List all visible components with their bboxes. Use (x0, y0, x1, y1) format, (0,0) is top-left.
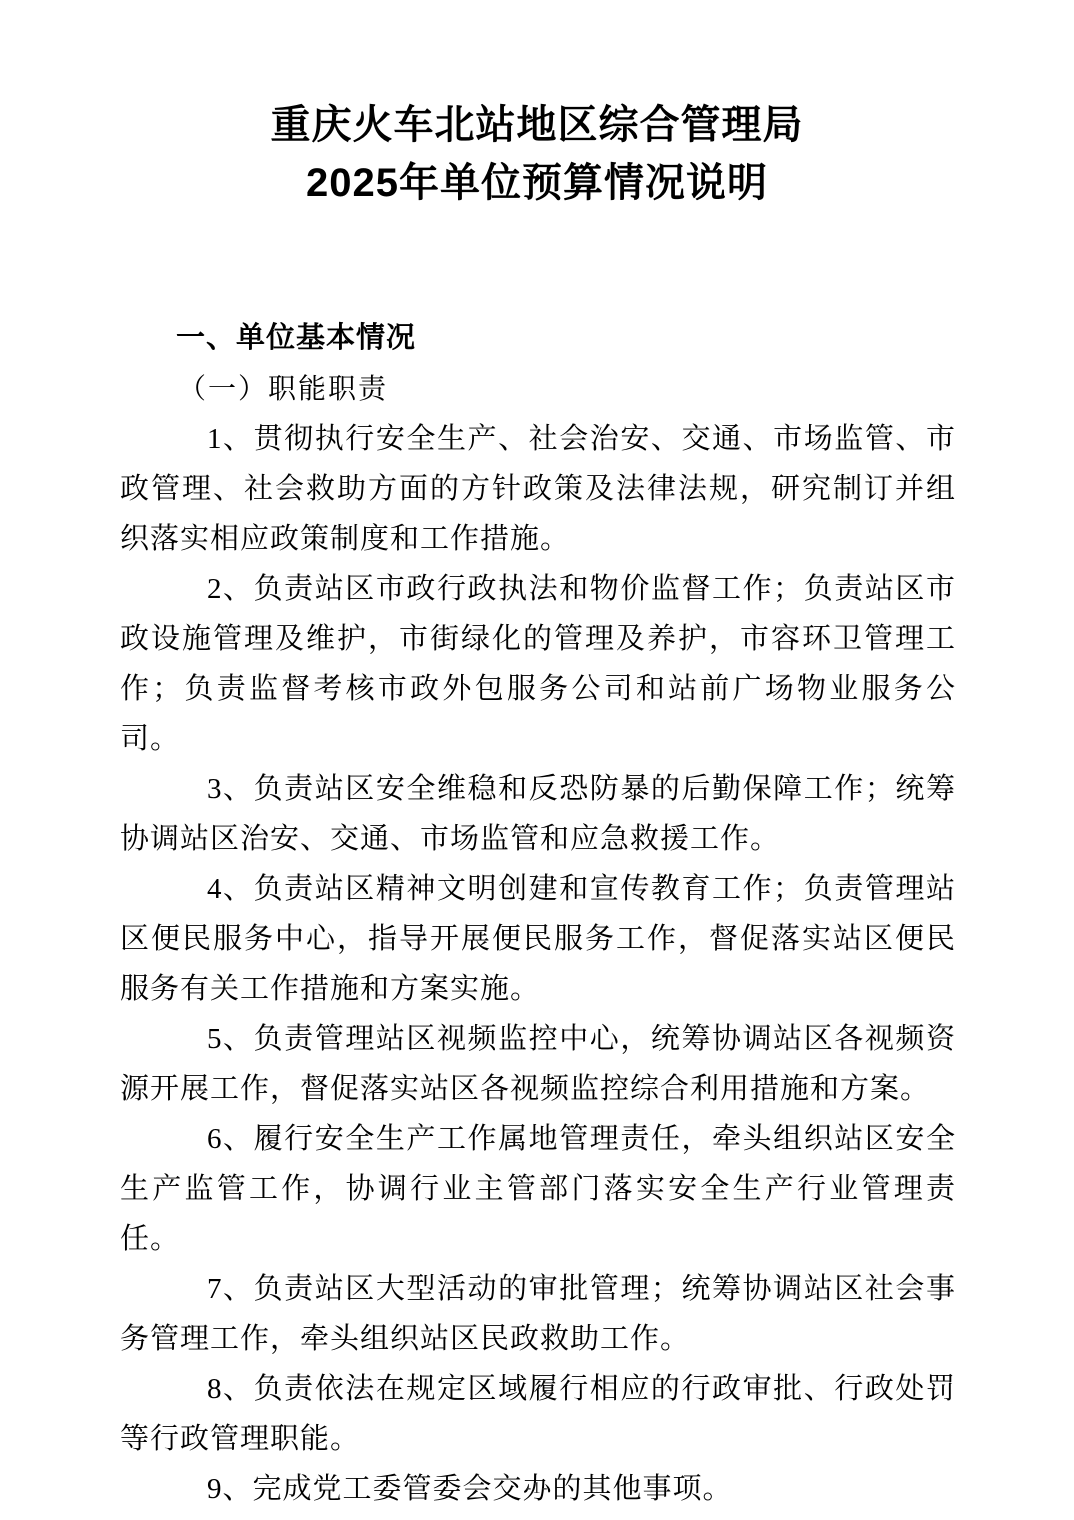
document-title-line2: 2025年单位预算情况说明 (0, 154, 1074, 212)
paragraph: 5、负责管理站区视频监控中心，统筹协调站区各视频资源开展工作，督促落实站区各视频… (120, 1014, 956, 1114)
paragraph: 1、贯彻执行安全生产、社会治安、交通、市场监管、市政管理、社会救助方面的方针政策… (120, 414, 956, 564)
subsection-heading: （一）职能职责 (120, 366, 956, 414)
paragraph: 7、负责站区大型活动的审批管理；统筹协调站区社会事务管理工作，牵头组织站区民政救… (120, 1264, 956, 1364)
paragraph: 3、负责站区安全维稳和反恐防暴的后勤保障工作；统筹协调站区治安、交通、市场监管和… (120, 764, 956, 864)
document-title-line1: 重庆火车北站地区综合管理局 (0, 96, 1074, 154)
paragraph: 8、负责依法在规定区域履行相应的行政审批、行政处罚等行政管理职能。 (120, 1364, 956, 1464)
section-heading: 一、单位基本情况 (120, 316, 956, 360)
paragraph: 6、履行安全生产工作属地管理责任，牵头组织站区安全生产监管工作，协调行业主管部门… (120, 1114, 956, 1264)
paragraph: 4、负责站区精神文明创建和宣传教育工作；负责管理站区便民服务中心，指导开展便民服… (120, 864, 956, 1014)
document-page: 重庆火车北站地区综合管理局 2025年单位预算情况说明 一、单位基本情况 （一）… (0, 0, 1074, 1520)
document-body: 一、单位基本情况 （一）职能职责 1、贯彻执行安全生产、社会治安、交通、市场监管… (120, 316, 956, 1514)
paragraph: 2、负责站区市政行政执法和物价监督工作；负责站区市政设施管理及维护，市街绿化的管… (120, 564, 956, 764)
document-title: 重庆火车北站地区综合管理局 2025年单位预算情况说明 (0, 0, 1074, 212)
page-number: -1- (0, 1478, 1074, 1498)
